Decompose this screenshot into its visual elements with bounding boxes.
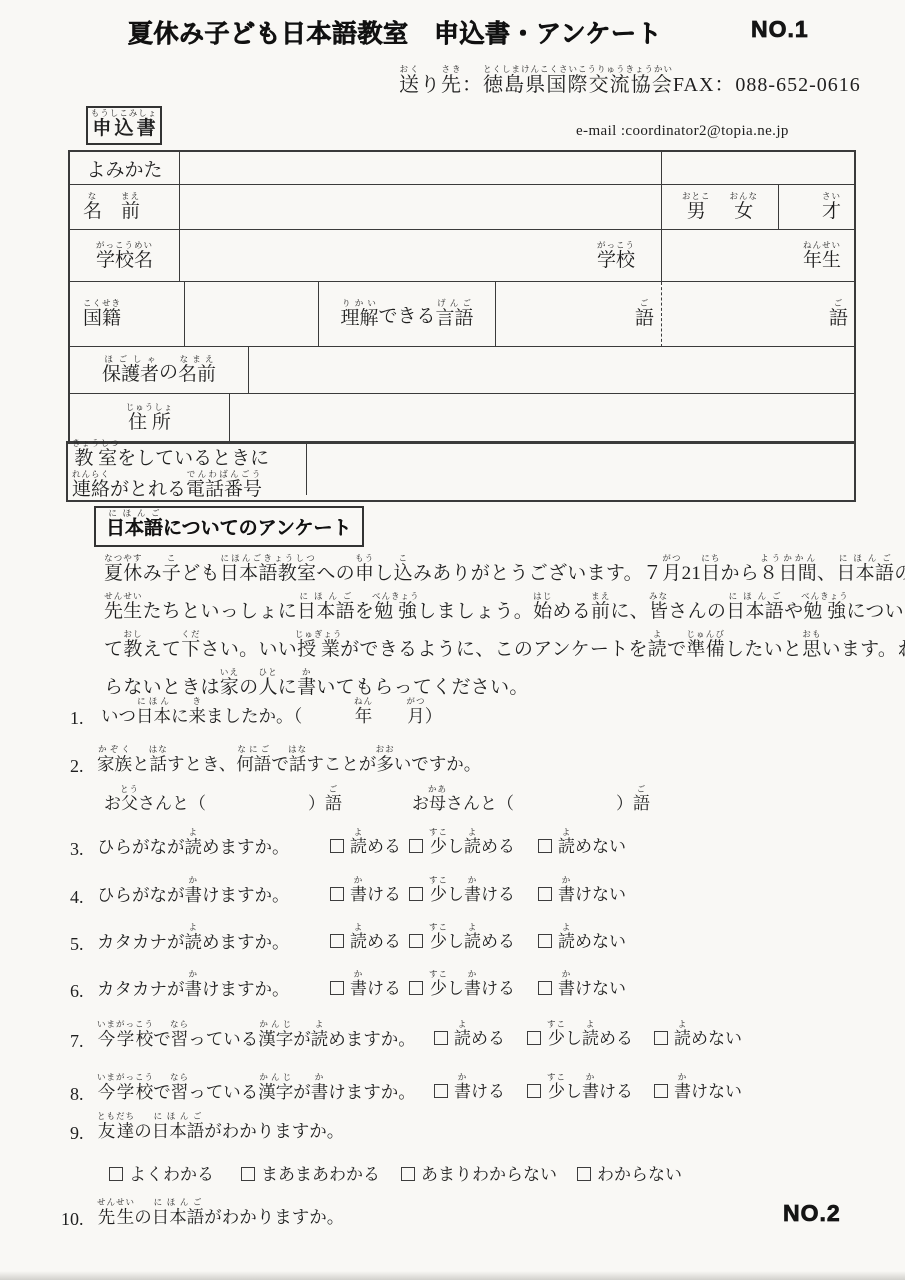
question-8-text: 今学校いまがっこうで習ならっている漢字かんじが書かけますか。: [97, 1072, 416, 1104]
checkbox-icon[interactable]: [330, 981, 344, 995]
option-label: 読よめる: [350, 837, 401, 856]
checkbox-icon[interactable]: [538, 934, 552, 948]
address-input-cell[interactable]: [230, 394, 854, 442]
checkbox-icon[interactable]: [538, 981, 552, 995]
question-5-number: 5.: [70, 922, 84, 955]
checkbox-icon[interactable]: [409, 981, 423, 995]
option-label: 読よめる: [454, 1029, 505, 1048]
nationality-input-cell[interactable]: [185, 282, 319, 347]
option-label: 少すこし読よめる: [429, 837, 515, 856]
phone-contact-table: 教室きょうしつをしているときに 連絡れんらくがとれる電話番号でんわばんごう: [66, 441, 856, 502]
language-1-input-cell[interactable]: 語ご: [496, 282, 662, 347]
question-4-text: ひらがなが書かけますか。: [97, 875, 290, 907]
phone-label-line1: 教室きょうしつをしているときに: [72, 438, 269, 469]
option-label: 少すこし読よめる: [547, 1029, 633, 1048]
option-label: 少すこし読よめる: [429, 932, 515, 951]
question-9-text: 友達ともだちの日本語にほんごがわかりますか。: [97, 1111, 344, 1143]
question-7-option-1[interactable]: 読よめる: [434, 1019, 505, 1049]
checkbox-icon[interactable]: [409, 887, 423, 901]
question-9-option-1[interactable]: よくわかる: [109, 1160, 214, 1185]
question-4-option-3[interactable]: 書かけない: [538, 875, 626, 905]
option-label: 読よめない: [558, 837, 626, 856]
phone-label-cell: 教室きょうしつをしているときに 連絡れんらくがとれる電話番号でんわばんごう: [68, 443, 307, 495]
checkbox-icon[interactable]: [409, 934, 423, 948]
survey-intro-line-4: らないときは家いえの人ひとに書かいてもらってください。: [104, 667, 529, 699]
question-5-option-3[interactable]: 読よめない: [538, 922, 626, 952]
question-4-option-1[interactable]: 書かける: [330, 875, 401, 905]
question-2-text: 家族かぞくと話はなすとき、何語なにごで話はなすことが多おおいですか。: [97, 744, 481, 776]
option-label: 読よめない: [558, 932, 626, 951]
option-label: よくわかる: [129, 1165, 214, 1184]
question-2-father-blank: お父とうさんと（ ）語ご: [104, 784, 342, 814]
yomikata-input-cell[interactable]: [180, 152, 662, 185]
question-7-option-2[interactable]: 少すこし読よめる: [527, 1019, 633, 1049]
option-label: 書かける: [350, 885, 401, 904]
survey-intro-line-3: て教おしえて下ください。いい授業じゅぎょうができるように、このアンケートを読よで…: [104, 629, 905, 661]
application-form-table: よみかた 名な 前まえ 男おとこ 女おんな 才さい 学校名がっこうめい 学校がっ…: [68, 150, 856, 444]
question-9-number: 9.: [70, 1111, 84, 1144]
checkbox-icon[interactable]: [577, 1167, 591, 1181]
checkbox-icon[interactable]: [538, 887, 552, 901]
option-label: 読よめない: [674, 1029, 742, 1048]
yomikata-label-cell: よみかた: [70, 152, 180, 185]
age-cell[interactable]: 才さい: [779, 185, 854, 230]
address-label-cell: 住所じゅうしょ: [70, 394, 230, 442]
checkbox-icon[interactable]: [241, 1167, 255, 1181]
question-8-number: 8.: [70, 1072, 84, 1105]
name-input-cell[interactable]: [180, 185, 662, 230]
option-label: あまりわからない: [421, 1165, 557, 1184]
checkbox-icon[interactable]: [434, 1084, 448, 1098]
question-9-option-2[interactable]: まあまあわかる: [241, 1160, 380, 1185]
send-to-fax-line: 送おくり先さき：徳島県国際交流協会とくしまけんこくさいこうりゅうきょうかいFAX…: [399, 64, 861, 97]
document-title: 夏休み子ども日本語教室 申込書・アンケート: [128, 14, 662, 50]
survey-intro-line-1: 夏休なつやすみ子こども日本語教室にほんごきょうしつへの申もうし込こみありがとうご…: [104, 553, 905, 585]
checkbox-icon[interactable]: [527, 1084, 541, 1098]
question-1-number: 1.: [70, 696, 84, 729]
application-form-section-label: 申込書もうしこみしょ: [86, 106, 162, 145]
checkbox-icon[interactable]: [654, 1031, 668, 1045]
question-3-option-2[interactable]: 少すこし読よめる: [409, 827, 515, 857]
question-4-option-2[interactable]: 少すこし書かける: [409, 875, 515, 905]
checkbox-icon[interactable]: [538, 839, 552, 853]
phone-label-line2: 連絡れんらくがとれる電話番号でんわばんごう: [72, 469, 269, 500]
question-9-option-4[interactable]: わからない: [577, 1160, 682, 1185]
question-9-row: 9. 友達ともだちの日本語にほんごがわかりますか。: [0, 1111, 905, 1155]
school-name-input-cell[interactable]: 学校がっこう: [180, 230, 662, 282]
question-5-option-2[interactable]: 少すこし読よめる: [409, 922, 515, 952]
question-6-row: 6. カタカナが書かけますか。 書かける 少すこし書かける 書かけない: [0, 969, 905, 1013]
question-2-number: 2.: [70, 744, 84, 777]
guardian-name-label-cell: 保護者ほごしゃの名前なまえ: [70, 347, 249, 394]
question-6-text: カタカナが書かけますか。: [97, 969, 290, 1001]
question-8-option-3[interactable]: 書かけない: [654, 1072, 742, 1102]
phone-input-cell[interactable]: [307, 443, 849, 495]
question-4-number: 4.: [70, 875, 84, 908]
question-6-option-1[interactable]: 書かける: [330, 969, 401, 999]
survey-section-label: 日本語にほんごについてのアンケート: [94, 506, 364, 547]
option-label: 書かけない: [674, 1082, 742, 1101]
option-label: 書かける: [350, 979, 401, 998]
checkbox-icon[interactable]: [330, 887, 344, 901]
checkbox-icon[interactable]: [330, 934, 344, 948]
question-7-option-3[interactable]: 読よめない: [654, 1019, 742, 1049]
nationality-label-cell: 国籍こくせき: [70, 282, 185, 347]
question-9-option-3[interactable]: あまりわからない: [401, 1160, 557, 1185]
question-6-option-2[interactable]: 少すこし書かける: [409, 969, 515, 999]
question-3-row: 3. ひらがなが読よめますか。 読よめる 少すこし読よめる 読よめない: [0, 827, 905, 871]
language-2-input-cell[interactable]: 語ご: [662, 282, 854, 347]
survey-intro-line-2: 先生せんせいたちといっしょに日本語にほんごを勉強べんきょうしましょう。始はじめる…: [104, 591, 904, 623]
question-3-option-1[interactable]: 読よめる: [330, 827, 401, 857]
page-number-2: NO.2: [783, 1200, 841, 1227]
checkbox-icon[interactable]: [330, 839, 344, 853]
gender-cell[interactable]: 男おとこ 女おんな: [662, 185, 779, 230]
option-label: 書かける: [454, 1082, 505, 1101]
question-7-text: 今学校いまがっこうで習ならっている漢字かんじが読よめますか。: [97, 1019, 416, 1051]
question-1-text: いつ日本にほんに来きましたか。（ 年ねん 月がつ）: [101, 696, 442, 728]
checkbox-icon[interactable]: [434, 1031, 448, 1045]
yomikata-right-empty-cell: [662, 152, 854, 185]
question-6-number: 6.: [70, 969, 84, 1002]
question-3-text: ひらがなが読よめますか。: [97, 827, 290, 859]
option-label: 少すこし書かける: [429, 885, 515, 904]
understood-languages-label-cell: 理解りかいできる言語げんご: [319, 282, 496, 347]
option-label: 書かけない: [558, 885, 626, 904]
question-7-number: 7.: [70, 1019, 84, 1052]
question-5-text: カタカナが読よめますか。: [97, 922, 290, 954]
name-label-cell: 名な 前まえ: [70, 185, 180, 230]
question-4-row: 4. ひらがなが書かけますか。 書かける 少すこし書かける 書かけない: [0, 875, 905, 919]
question-10-number: 10.: [61, 1197, 84, 1230]
grade-input-cell[interactable]: 年生ねんせい: [662, 230, 854, 282]
question-8-row: 8. 今学校いまがっこうで習ならっている漢字かんじが書かけますか。 書かける 少…: [0, 1072, 905, 1116]
question-3-option-3[interactable]: 読よめない: [538, 827, 626, 857]
guardian-name-input-cell[interactable]: [249, 347, 854, 394]
checkbox-icon[interactable]: [654, 1084, 668, 1098]
question-3-number: 3.: [70, 827, 84, 860]
checkbox-icon[interactable]: [109, 1167, 123, 1181]
option-label: 読よめる: [350, 932, 401, 951]
question-2-row: 2. 家族かぞくと話はなすとき、何語なにごで話はなすことが多おおいですか。: [0, 744, 905, 788]
question-7-row: 7. 今学校いまがっこうで習ならっている漢字かんじが読よめますか。 読よめる 少…: [0, 1019, 905, 1063]
question-1-row: 1. いつ日本にほんに来きましたか。（ 年ねん 月がつ）: [0, 696, 905, 740]
checkbox-icon[interactable]: [409, 839, 423, 853]
question-8-option-1[interactable]: 書かける: [434, 1072, 505, 1102]
question-2-mother-blank: お母かあさんと（ ）語ご: [412, 784, 650, 814]
question-10-text: 先生せんせいの日本語にほんごがわかりますか。: [97, 1197, 344, 1229]
option-label: 少すこし書かける: [547, 1082, 633, 1101]
page-number-1: NO.1: [751, 16, 809, 43]
question-5-row: 5. カタカナが読よめますか。 読よめる 少すこし読よめる 読よめない: [0, 922, 905, 966]
option-label: わからない: [597, 1165, 682, 1184]
option-label: 少すこし書かける: [429, 979, 515, 998]
checkbox-icon[interactable]: [527, 1031, 541, 1045]
scan-bottom-edge: [0, 1271, 905, 1280]
question-10-row: 10. 先生せんせいの日本語にほんごがわかりますか。: [0, 1197, 905, 1241]
question-2-answer-row: お父とうさんと（ ）語ご お母かあさんと（ ）語ご: [0, 784, 905, 828]
question-8-option-2[interactable]: 少すこし書かける: [527, 1072, 633, 1102]
question-6-option-3[interactable]: 書かけない: [538, 969, 626, 999]
school-name-label-cell: 学校名がっこうめい: [70, 230, 180, 282]
email-address: e-mail :coordinator2@topia.ne.jp: [576, 123, 789, 140]
option-label: 書かけない: [558, 979, 626, 998]
checkbox-icon[interactable]: [401, 1167, 415, 1181]
option-label: まあまあわかる: [261, 1165, 380, 1184]
question-5-option-1[interactable]: 読よめる: [330, 922, 401, 952]
